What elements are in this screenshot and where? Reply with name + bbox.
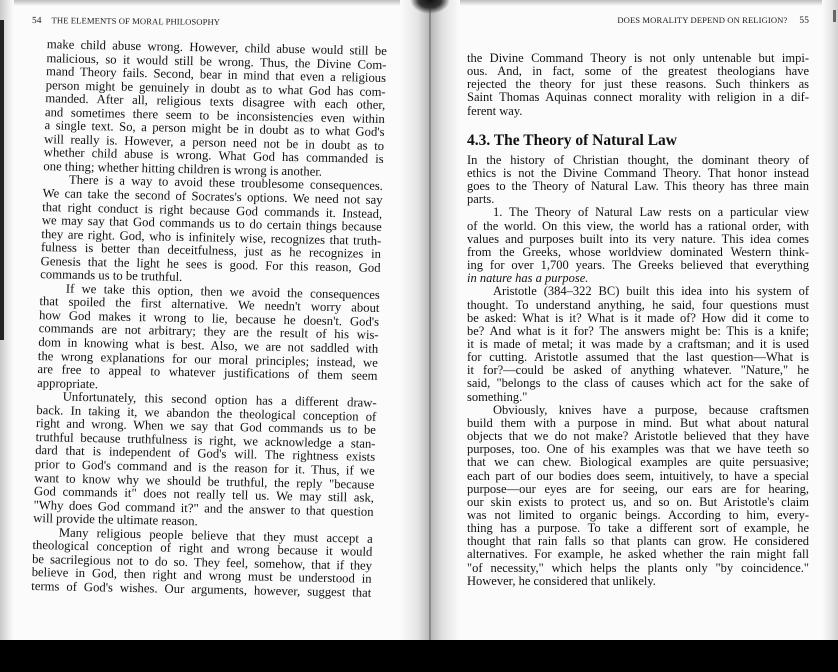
text-line: ferent way.	[467, 105, 809, 118]
paragraph: Many religious people believe that they …	[31, 526, 373, 601]
book-title-header: THE ELEMENTS OF MORAL PHILOSOPHY	[52, 15, 221, 27]
page-number-left: 54	[32, 16, 42, 26]
right-running-head: DOES MORALITY DEPEND ON RELIGION?55	[617, 15, 809, 26]
paragraph: the Divine Command Theory is not only un…	[467, 52, 809, 118]
text-line: "of necessity," which helps the plants o…	[467, 562, 809, 575]
book-spread: 54THE ELEMENTS OF MORAL PHILOSOPHY make …	[0, 0, 838, 650]
text-line: 1. The Theory of Natural Law rests on a …	[467, 206, 809, 219]
text-line: of the world. On this view, the world ha…	[467, 220, 809, 233]
text-line: be asked: What is it? What is it made of…	[467, 312, 809, 325]
text-line: something."	[467, 391, 809, 404]
text-line: be? And what is it for? The answers migh…	[467, 325, 809, 338]
text-line: said, "belongs to the class of causes wh…	[467, 377, 809, 390]
paragraph: In the history of Christian thought, the…	[467, 154, 809, 207]
text-line: that we can chew. Biological examples ar…	[467, 456, 809, 469]
text-line: Saint Thomas Aquinas connect morality wi…	[467, 91, 809, 104]
gutter-spine-shadow	[410, 0, 450, 14]
right-page-edge	[822, 0, 838, 650]
paragraph: Aristotle (384–322 BC) built this idea i…	[467, 285, 809, 403]
text-line: each part of our bodies does seem, intui…	[467, 470, 809, 483]
left-edge-shadow	[0, 20, 4, 340]
text-line: In the history of Christian thought, the…	[467, 154, 809, 167]
scan-bottom-border	[0, 640, 838, 672]
book-gutter	[400, 0, 460, 650]
paragraph: make child abuse wrong. However, child a…	[43, 38, 387, 180]
paragraph: If we take this option, then we avoid th…	[37, 282, 380, 397]
text-line: purpose—our eyes are for seeing, our ear…	[467, 483, 809, 496]
text-line: thought. To understand anything, he said…	[467, 299, 809, 312]
paragraph: Unfortunately, this second option has a …	[33, 390, 377, 532]
paragraph: There is a way to avoid these troublesom…	[40, 174, 383, 289]
page-number-right: 55	[799, 16, 809, 26]
left-running-head: 54THE ELEMENTS OF MORAL PHILOSOPHY	[32, 15, 220, 28]
right-page-body: the Divine Command Theory is not only un…	[467, 52, 809, 588]
paragraph: 1. The Theory of Natural Law rests on a …	[467, 206, 809, 285]
section-heading: 4.3. The Theory of Natural Law	[467, 132, 809, 150]
text-line: However, he considered that unlikely.	[467, 575, 809, 588]
left-page-body: make child abuse wrong. However, child a…	[31, 38, 387, 600]
text-line: goes to the Theory of Natural Law. This …	[467, 180, 809, 193]
text-line: Obviously, knives have a purpose, becaus…	[467, 404, 809, 417]
text-line: Aristotle (384–322 BC) built this idea i…	[467, 285, 809, 298]
right-edge-mark	[833, 10, 836, 22]
text-line: values and purposes built into its very …	[467, 233, 809, 246]
paragraph: Obviously, knives have a purpose, becaus…	[467, 404, 809, 588]
chapter-title-header: DOES MORALITY DEPEND ON RELIGION?	[617, 15, 787, 25]
text-line: alternatives. For example, he asked whet…	[467, 548, 809, 561]
